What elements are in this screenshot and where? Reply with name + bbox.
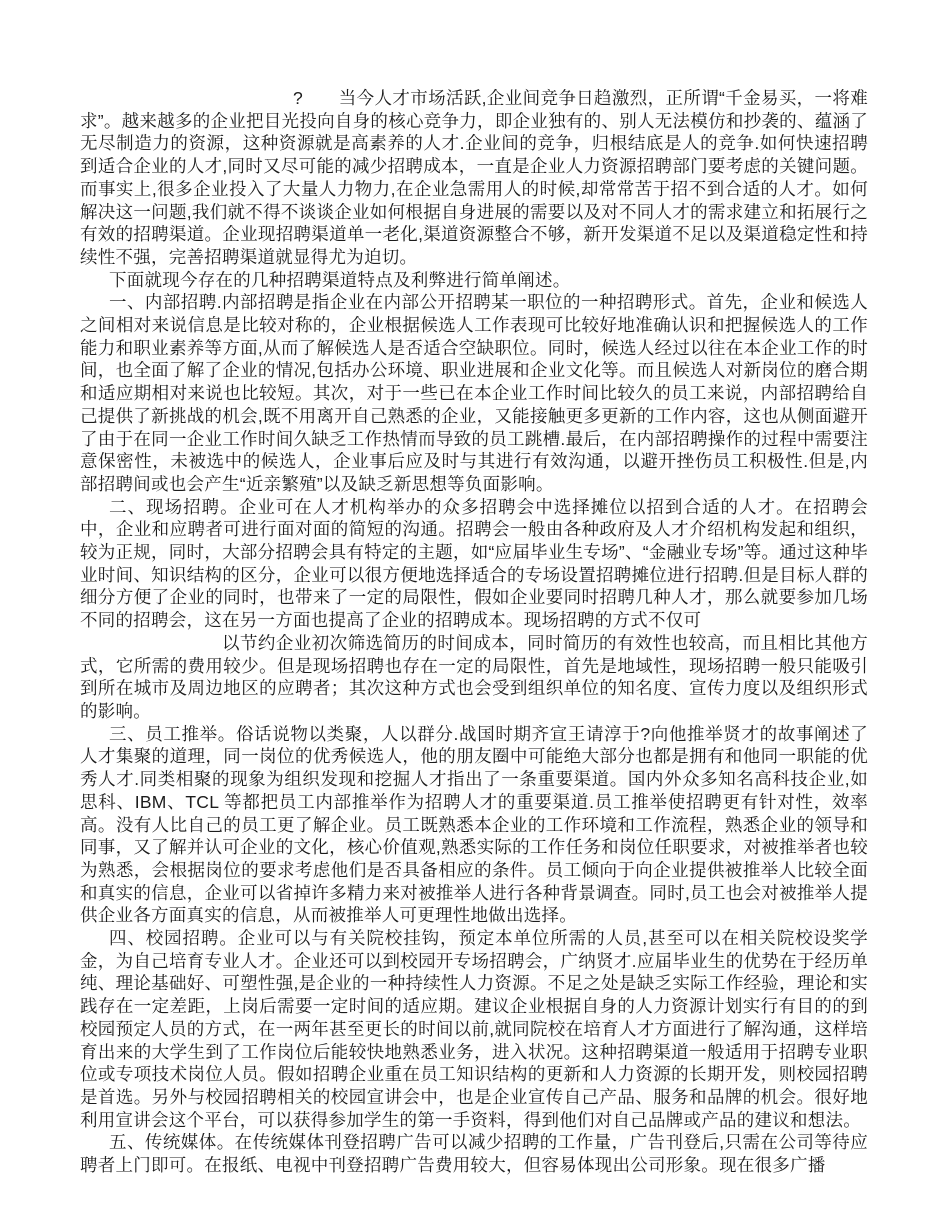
paragraph-campus-recruiting: 四、校园招聘。企业可以与有关院校挂钩，预定本单位所需的人员,甚至可以在相关院校设… [80,927,868,1131]
paragraph-overview: 下面就现今存在的几种招聘渠道特点及利弊进行简单阐述。 [80,269,868,292]
document-page: ? 当今人才市场活跃,企业间竞争日趋激烈，正所谓“千金易买，一将难求”。越来越多… [0,0,950,1230]
paragraph-internal-recruiting: 一、内部招聘.内部招聘是指企业在内部公开招聘某一职位的一种招聘形式。首先，企业和… [80,291,868,495]
paragraph-job-fair: 二、现场招聘。企业可在人才机构举办的众多招聘会中选择摊位以招到合适的人才。在招聘… [80,496,868,632]
paragraph-traditional-media: 五、传统媒体。在传统媒体刊登招聘广告可以减少招聘的工作量，广告刊登后,只需在公司… [80,1131,868,1176]
paragraph-employee-referral: 三、员工推举。俗话说物以类聚，人以群分.战国时期齐宣王请淳于?向他推举贤才的故事… [80,723,868,927]
paragraph-job-fair-continuation: 以节约企业初次筛选简历的时间成本，同时简历的有效性也较高，而且相比其他方式，它所… [80,632,868,723]
paragraph-intro: ? 当今人才市场活跃,企业间竞争日趋激烈，正所谓“千金易买，一将难求”。越来越多… [80,87,868,269]
